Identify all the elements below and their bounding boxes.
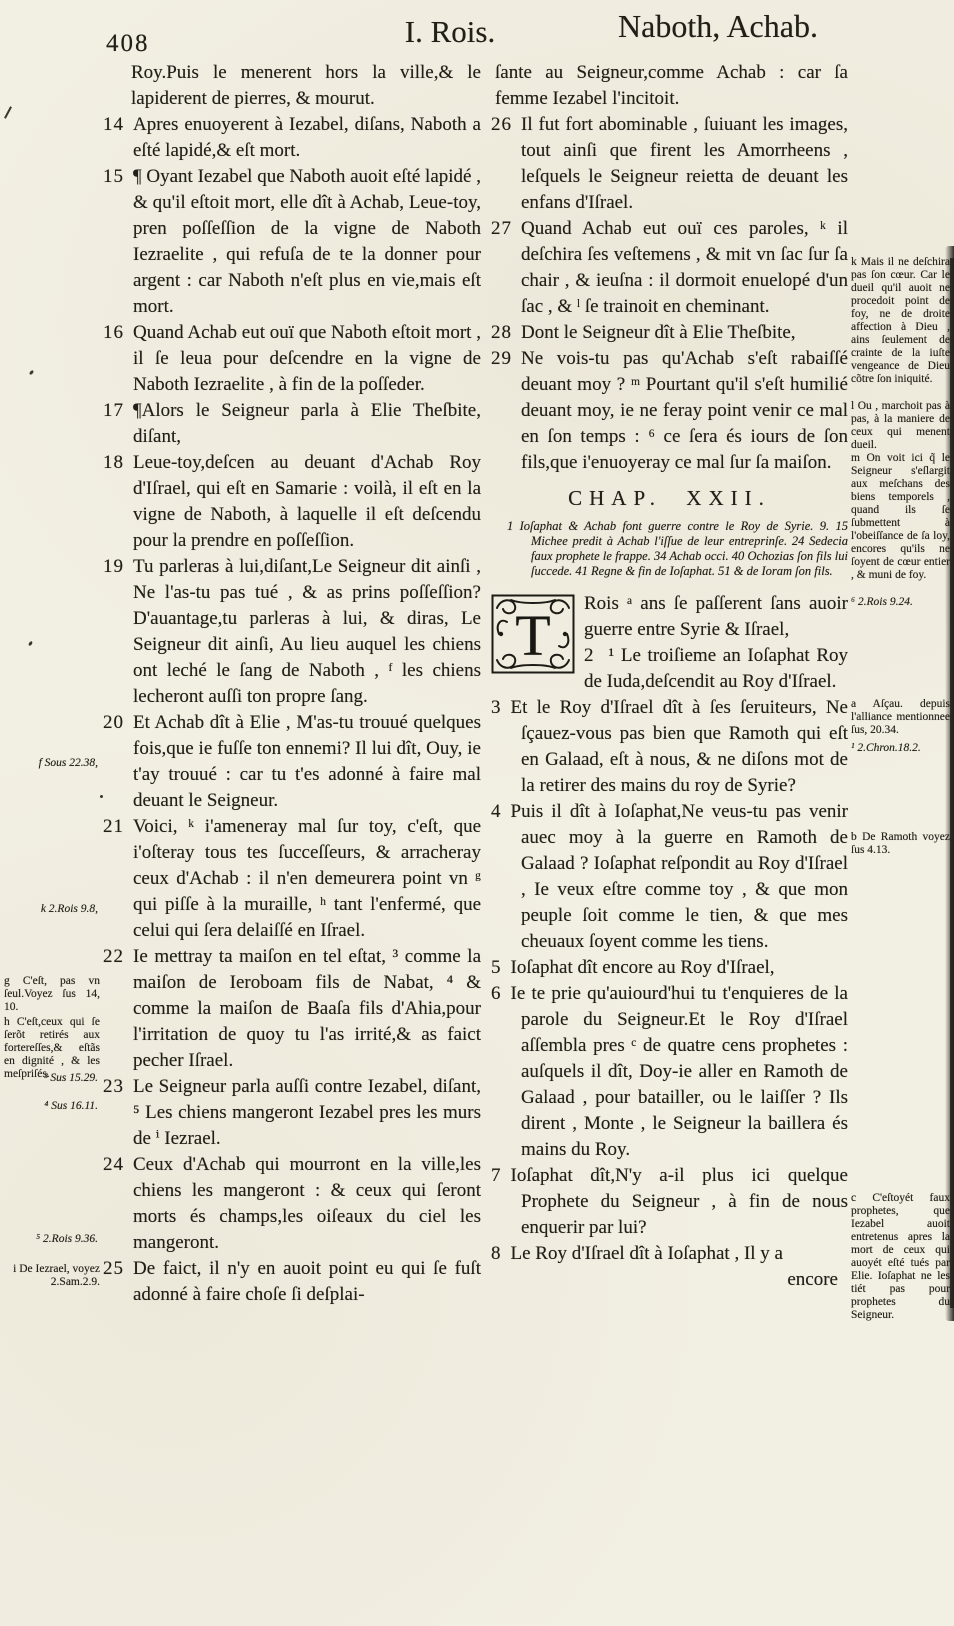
margin-note: ³ Sus 15.29. (2, 1072, 98, 1085)
ink-speck (28, 641, 33, 647)
dropcap-letter: T (515, 603, 550, 668)
verse-number: 15 (103, 166, 133, 187)
verse-text: Leue-toy,deſcen au deuant d'Achab Roy d'… (133, 452, 481, 551)
verse-number: 25 (103, 1258, 133, 1279)
ink-speck (29, 370, 35, 376)
verse-number: 2 (584, 645, 609, 666)
verse-text: Ioſaphat dît encore au Roy d'Iſrael, (511, 957, 775, 978)
verse-number: 20 (103, 712, 133, 733)
verse-text: Quand Achab eut ouï ces paroles, ᵏ il de… (521, 218, 848, 317)
margin-note: g C'eſt, pas vn ſeul.Voyez ſus 14, 10. (4, 975, 100, 1014)
left-column: Roy.Puis le menerent hors la ville,& le … (103, 60, 481, 1308)
chapter-verse-list: 3Et le Roy d'Iſrael dît à ſes ſeruiteurs… (491, 695, 848, 1267)
verse-text: Puis il dît à Ioſaphat,Ne veus-tu pas ve… (511, 801, 849, 952)
verse-paragraph: 24Ceux d'Achab qui mourront en la ville,… (103, 1152, 481, 1256)
verse-text: Dont le Seigneur dît à Elie Theſbite, (521, 322, 796, 343)
verse-text: Tu parleras à lui,diſant,Le Seigneur dit… (133, 556, 481, 707)
verse-paragraph: 14Apres enuoyerent à Iezabel, diſans, Na… (103, 112, 481, 164)
margin-note: ⁶ 2.Rois 9.24. (851, 596, 950, 609)
verse-number: 3 (491, 697, 511, 718)
verse-text: Voici, ᵏ i'ameneray mal ſur toy, c'eſt, … (133, 816, 481, 941)
verse-paragraph: 17¶Alors le Seigneur parla à Elie Theſbi… (103, 398, 481, 450)
verse-paragraph: 29Ne vois-tu pas qu'Achab s'eſt rabaiſſé… (491, 346, 848, 476)
right-verse-list: 26Il fut fort abominable , ſuiuant les i… (491, 112, 848, 476)
verse-paragraph: 26Il fut fort abominable , ſuiuant les i… (491, 112, 848, 216)
running-title: I. Rois. (330, 14, 570, 50)
verse-paragraph: 8Le Roy d'Iſrael dît à Ioſaphat , Il y a (491, 1241, 848, 1267)
chapter-summary: 1 Ioſaphat & Achab font guerre contre le… (491, 519, 848, 579)
margin-note: ⁵ 2.Rois 9.36. (2, 1233, 98, 1246)
verse-number: 21 (103, 816, 133, 837)
verse-number: 7 (491, 1165, 511, 1186)
verse-text: Ne vois-tu pas qu'Achab s'eſt rabaiſſé d… (521, 348, 848, 473)
verse-paragraph: 19Tu parleras à lui,diſant,Le Seigneur d… (103, 554, 481, 710)
verse-text: Quand Achab eut ouï que Naboth eſtoit mo… (133, 322, 481, 395)
verse-paragraph: 27Quand Achab eut ouï ces paroles, ᵏ il … (491, 216, 848, 320)
page-number: 408 (106, 30, 150, 58)
margin-note: l Ou , marchoit pas à pas, à la maniere … (851, 400, 950, 452)
left-verse-list: 14Apres enuoyerent à Iezabel, diſans, Na… (103, 112, 481, 1308)
verse-paragraph: 20Et Achab dît à Elie , M'as-tu trouué q… (103, 710, 481, 814)
verse-number: 26 (491, 114, 521, 135)
verse-text: De faict, il n'y en auoit point eu qui ſ… (133, 1258, 481, 1305)
chapter-heading: CHAP. XXII. (491, 485, 848, 511)
verse-paragraph: 6Ie te prie qu'auiourd'hui tu t'enquiere… (491, 981, 848, 1163)
margin-note: f Sous 22.38, (2, 757, 98, 770)
verse-text: Ioſaphat dît,N'y a-il plus ici quelque P… (511, 1165, 849, 1238)
margin-note: a Aſçau. depuis l'alliance mentionnee ſu… (851, 698, 950, 737)
verse-number: 29 (491, 348, 521, 369)
verse-number: 24 (103, 1154, 133, 1175)
verse-text: Ceux d'Achab qui mourront en la ville,le… (133, 1154, 481, 1253)
chapter-opening: T Rois ᵃ ans ſe paſſerent ſans auoir gue… (491, 591, 848, 695)
verse-number: 22 (103, 946, 133, 967)
verse-number: 16 (103, 322, 133, 343)
verse-paragraph: 28Dont le Seigneur dît à Elie Theſbite, (491, 320, 848, 346)
verse-paragraph: 3Et le Roy d'Iſrael dît à ſes ſeruiteurs… (491, 695, 848, 799)
verse-number: 14 (103, 114, 133, 135)
continuation-paragraph: ſante au Seigneur,comme Achab : car ſa f… (495, 60, 848, 112)
continuation-paragraph: Roy.Puis le menerent hors la ville,& le … (131, 60, 481, 112)
verse-number: 5 (491, 957, 511, 978)
margin-note: ¹ 2.Chron.18.2. (851, 742, 950, 755)
verse-number: 18 (103, 452, 133, 473)
verse-paragraph: 7Ioſaphat dît,N'y a-il plus ici quelque … (491, 1163, 848, 1241)
margin-note: m On voit ici q̃ le Seigneur s'eſlargit … (851, 452, 950, 582)
verse-number: 27 (491, 218, 521, 239)
margin-note: k Mais il ne deſchira pas ſon cœur. Car … (851, 256, 950, 386)
verse-paragraph: 18Leue-toy,deſcen au deuant d'Achab Roy … (103, 450, 481, 554)
verse-paragraph: 22Ie mettray ta maiſon en tel eſtat, ³ c… (103, 944, 481, 1074)
verse-text: ¶Alors le Seigneur parla à Elie Theſbite… (133, 400, 481, 447)
verse-paragraph: 21Voici, ᵏ i'ameneray mal ſur toy, c'eſt… (103, 814, 481, 944)
verse-text: Et Achab dît à Elie , M'as-tu trouué que… (133, 712, 481, 811)
running-header-right: Naboth, Achab. (618, 8, 928, 45)
verse-paragraph: 16Quand Achab eut ouï que Naboth eſtoit … (103, 320, 481, 398)
verse-text: Le Roy d'Iſrael dît à Ioſaphat , Il y a (511, 1243, 784, 1264)
verse-number: 6 (491, 983, 511, 1004)
margin-note: b De Ramoth voyez ſus 4.13. (851, 831, 950, 857)
verse-text: Et le Roy d'Iſrael dît à ſes ſeruiteurs,… (511, 697, 849, 796)
verse-number: 28 (491, 322, 521, 343)
margin-note: ⁴ Sus 16.11. (2, 1100, 98, 1113)
verse-paragraph: 15¶ Oyant Iezabel que Naboth auoit eſté … (103, 164, 481, 320)
verse-text: Il fut fort abominable , ſuiuant les ima… (521, 114, 848, 213)
verse-number: 17 (103, 400, 133, 421)
verse-text: Le Seigneur parla auſſi contre Iezabel, … (133, 1076, 481, 1149)
verse-text: Ie te prie qu'auiourd'hui tu t'enquieres… (511, 983, 849, 1160)
right-column: ſante au Seigneur,comme Achab : car ſa f… (491, 60, 848, 1293)
margin-note: k 2.Rois 9.8, (2, 903, 98, 916)
verse-text: ¹ Le troiſieme an Ioſaphat Roy de Iuda,d… (584, 645, 848, 692)
verse-paragraph: 5Ioſaphat dît encore au Roy d'Iſrael, (491, 955, 848, 981)
verse-number: 23 (103, 1076, 133, 1097)
ink-speck (100, 795, 103, 798)
verse-text: ¶ Oyant Iezabel que Naboth auoit eſté la… (133, 166, 481, 317)
margin-note: c C'eſtoyét faux prophetes, que Iezabel … (851, 1192, 950, 1322)
verse-paragraph: 23Le Seigneur parla auſſi contre Iezabel… (103, 1074, 481, 1152)
verse-paragraph: 25De faict, il n'y en auoit point eu qui… (103, 1256, 481, 1308)
book-page: { "header": { "page_number": "408", "run… (0, 0, 954, 1626)
page-edge-line (950, 258, 954, 1308)
verse-text: Ie mettray ta maiſon en tel eſtat, ³ com… (133, 946, 481, 1071)
ornamental-dropcap-T: T (491, 594, 575, 674)
margin-note: i De Iezrael, voyez 2.Sam.2.9. (4, 1263, 100, 1289)
verse-number: 8 (491, 1243, 511, 1264)
verse-number: 4 (491, 801, 511, 822)
catchword: encore (491, 1267, 848, 1293)
verse-text: Apres enuoyerent à Iezabel, diſans, Nabo… (133, 114, 481, 161)
verse-number: 19 (103, 556, 133, 577)
verse-paragraph: 4Puis il dît à Ioſaphat,Ne veus-tu pas v… (491, 799, 848, 955)
ink-speck (4, 106, 12, 118)
